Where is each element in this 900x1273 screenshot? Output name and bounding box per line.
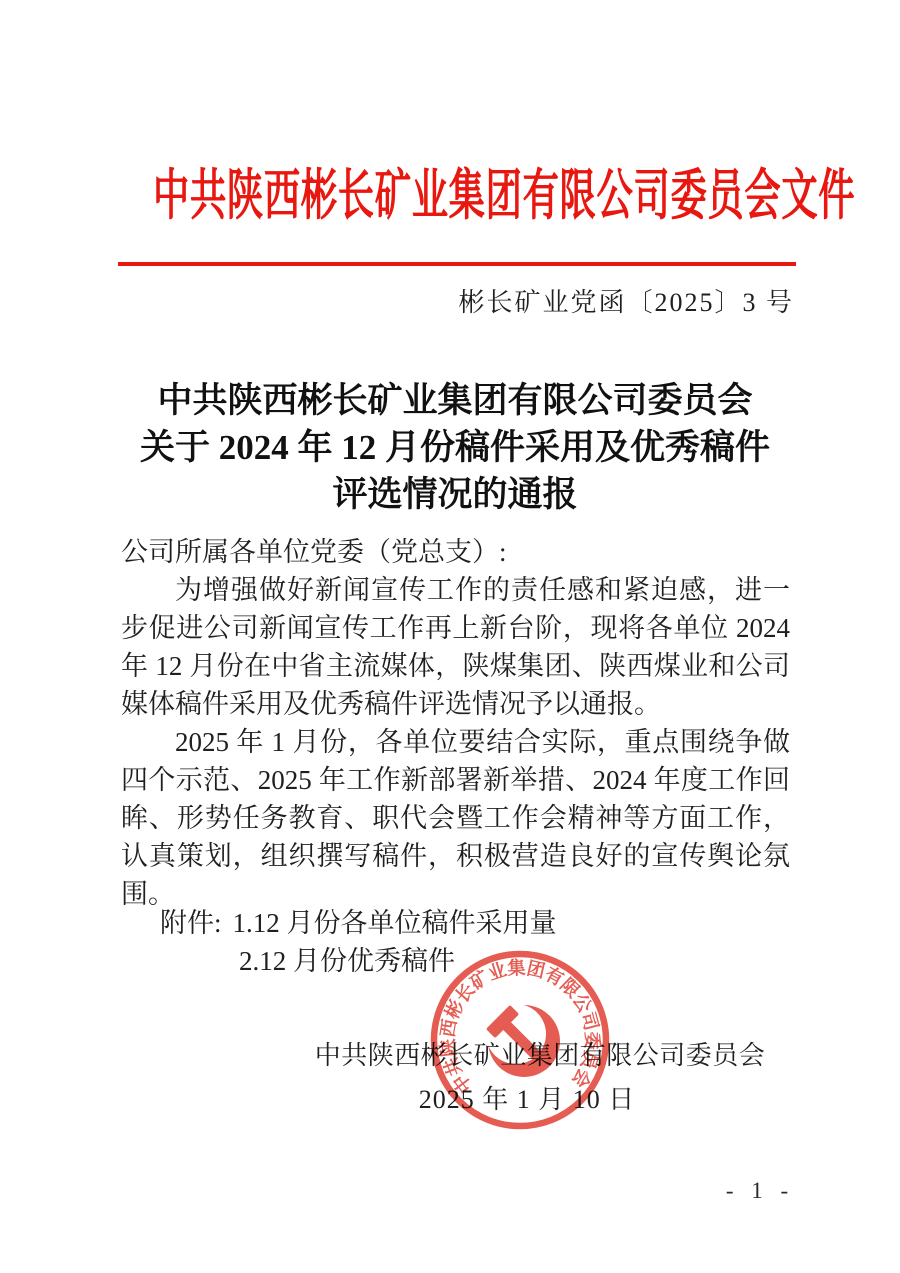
document-title-line-1: 中共陕西彬长矿业集团有限公司委员会 (115, 377, 795, 424)
document-title: 中共陕西彬长矿业集团有限公司委员会 关于 2024 年 12 月份稿件采用及优秀… (115, 377, 795, 518)
paragraph-2: 2025 年 1 月份，各单位要结合实际，重点围绕争做四个示范、2025 年工作… (121, 723, 790, 913)
official-seal-graphic: 中共陕西彬长矿业集团有限公司委员会 (427, 947, 613, 1133)
document-number: 彬长矿业党函〔2025〕3 号 (120, 288, 794, 318)
attachment-item-1: 1.12 月份各单位稿件采用量 (233, 908, 557, 938)
attachment-line-1: 附件:1.12 月份各单位稿件采用量 (160, 904, 557, 942)
paragraph-1: 为增强做好新闻宣传工作的责任感和紧迫感，进一步促进公司新闻宣传工作再上新台阶，现… (121, 571, 790, 723)
document-page: 中共陕西彬长矿业集团有限公司委员会文件 彬长矿业党函〔2025〕3 号 中共陕西… (0, 0, 900, 1273)
salutation: 公司所属各单位党委（党总支）: (121, 533, 790, 571)
official-seal: 中共陕西彬长矿业集团有限公司委员会 (427, 947, 613, 1133)
document-title-line-2: 关于 2024 年 12 月份稿件采用及优秀稿件 (115, 424, 795, 471)
red-letterhead-title: 中共陕西彬长矿业集团有限公司委员会文件 (153, 164, 747, 227)
red-separator-line (118, 262, 796, 266)
document-body: 公司所属各单位党委（党总支）: 为增强做好新闻宣传工作的责任感和紧迫感，进一步促… (121, 533, 790, 913)
attachments-label: 附件: (160, 908, 222, 938)
hammer-sickle-emblem (486, 1004, 560, 1077)
document-title-line-3: 评选情况的通报 (115, 471, 795, 518)
page-number: - 1 - (680, 1178, 840, 1204)
